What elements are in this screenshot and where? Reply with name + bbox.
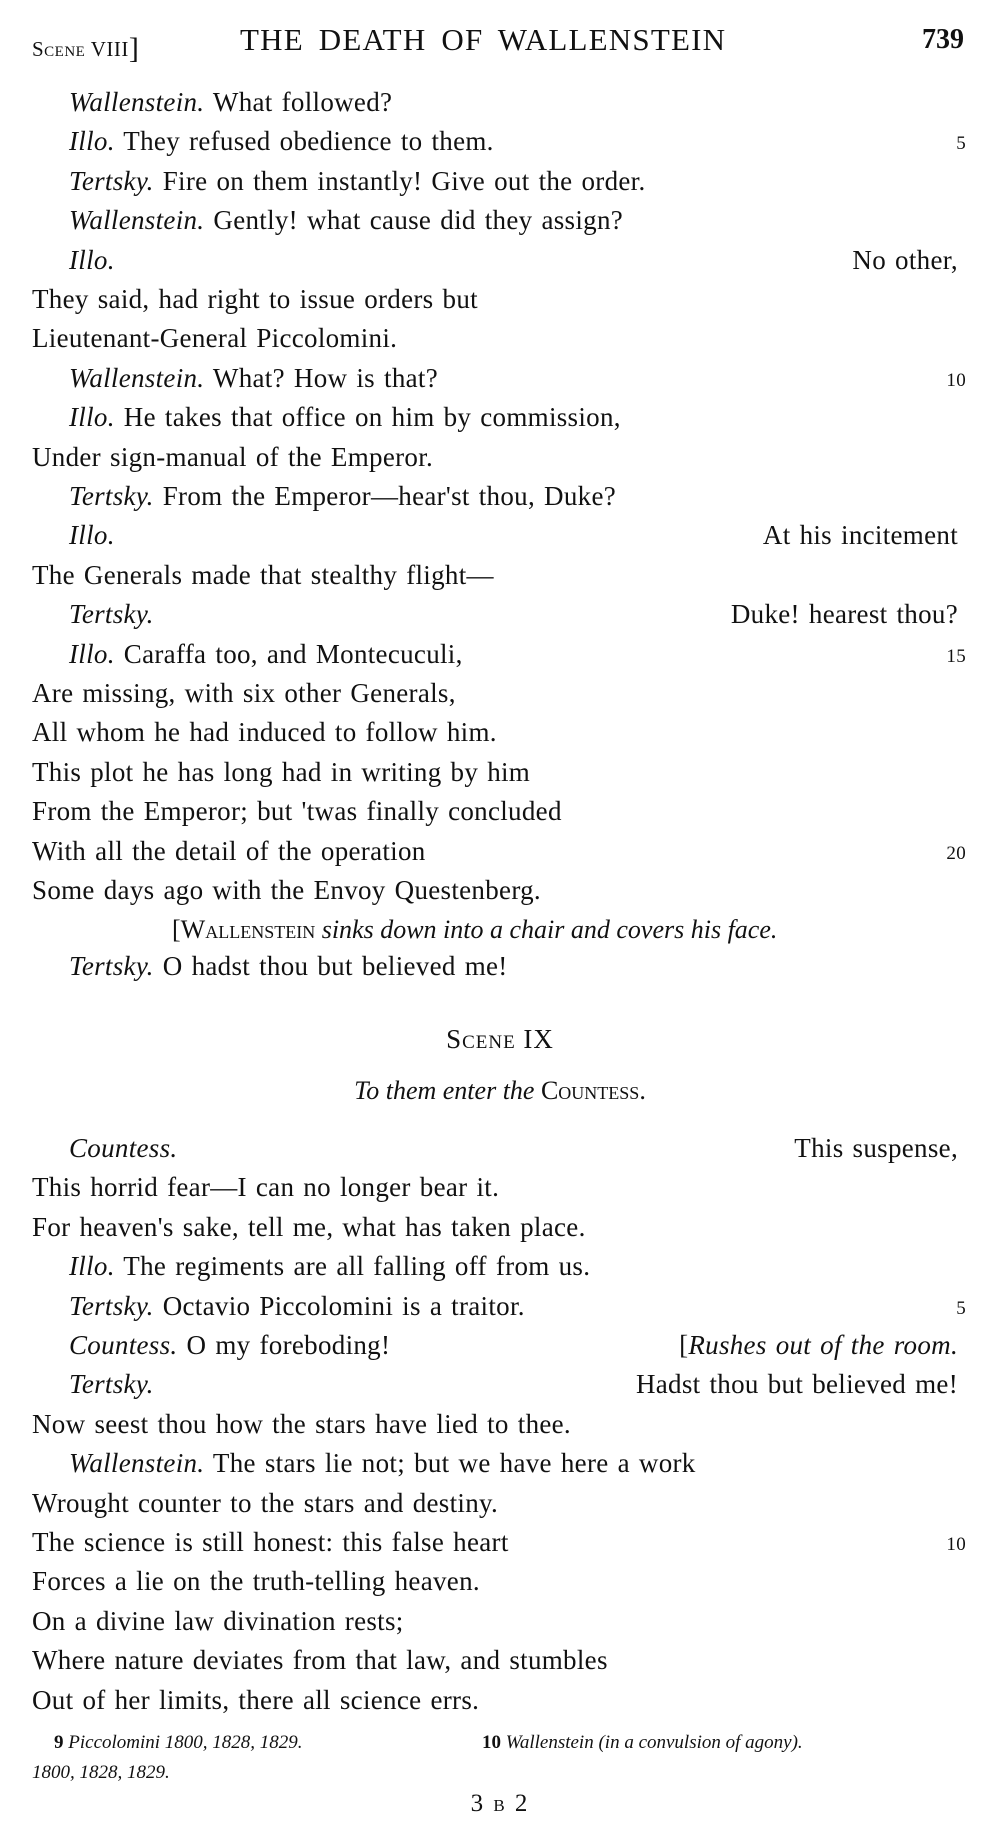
line-text: This horrid fear—I can no longer bear it… — [32, 1172, 499, 1202]
line-number: 5 — [956, 126, 966, 162]
line-text: Wrought counter to the stars and destiny… — [32, 1488, 498, 1518]
speaker-name: Tertsky. — [69, 1291, 154, 1321]
speaker-name: Illo. — [69, 1251, 115, 1281]
footnote-10: 10 Wallenstein (in a convulsion of agony… — [482, 1732, 803, 1754]
line-continuation: This suspense, — [794, 1130, 958, 1166]
line-text: What followed? — [204, 87, 392, 117]
verse-line: This horrid fear—I can no longer bear it… — [32, 1169, 964, 1205]
verse-line: On a divine law divination rests; — [32, 1603, 964, 1639]
verse-line: Countess. O my foreboding![Rushes out of… — [32, 1327, 964, 1363]
verse-line: Lieutenant-General Piccolomini. — [32, 320, 964, 356]
line-text: He takes that office on him by commissio… — [115, 402, 621, 432]
stage-direction: [Wallenstein sinks down into a chair and… — [172, 912, 777, 948]
line-text: Fire on them instantly! Give out the ord… — [154, 166, 646, 196]
line-text: The science is still honest: this false … — [32, 1527, 509, 1557]
line-continuation: No other, — [852, 242, 958, 278]
line-text: From the Emperor; but 'twas finally conc… — [32, 796, 562, 826]
verse-line: Wallenstein. The stars lie not; but we h… — [32, 1445, 964, 1481]
verse-line: Illo.At his incitement — [32, 517, 964, 553]
verse-line: Illo. He takes that office on him by com… — [32, 399, 964, 435]
line-text: Lieutenant-General Piccolomini. — [32, 323, 397, 353]
verse-line: The science is still honest: this false … — [32, 1524, 964, 1560]
scene-heading: Scene IX — [0, 1024, 1000, 1055]
speaker-name: Wallenstein. — [69, 363, 204, 393]
verse-line: Wrought counter to the stars and destiny… — [32, 1485, 964, 1521]
verse-line: Wallenstein. What followed? — [32, 84, 964, 120]
line-number: 15 — [946, 639, 966, 675]
verse-line: Tertsky. Fire on them instantly! Give ou… — [32, 163, 964, 199]
speaker-name: Countess. — [69, 1133, 177, 1163]
speaker-name: Tertsky. — [69, 599, 154, 629]
stage-direction-text: sinks down into a chair and covers his f… — [315, 915, 777, 944]
verse-line: All whom he had induced to follow him. — [32, 714, 964, 750]
verse-line: This plot he has long had in writing by … — [32, 754, 964, 790]
scene-entrance-direction: To them enter the Countess. — [0, 1076, 1000, 1106]
verse-line: For heaven's sake, tell me, what has tak… — [32, 1209, 964, 1245]
verse-line: Tertsky.Hadst thou but believed me! — [32, 1366, 964, 1402]
verse-line: Forces a lie on the truth-telling heaven… — [32, 1563, 964, 1599]
footnote-9: 9 Piccolomini 1800, 1828, 1829. — [54, 1732, 303, 1754]
line-text: The regiments are all falling off from u… — [115, 1251, 591, 1281]
line-text: On a divine law divination rests; — [32, 1606, 404, 1636]
verse-line: They said, had right to issue orders but — [32, 281, 964, 317]
speaker-name: Countess. — [69, 1330, 177, 1360]
verse-line: From the Emperor; but 'twas finally conc… — [32, 793, 964, 829]
line-text: Caraffa too, and Montecuculi, — [115, 639, 463, 669]
stage-direction-name: Wallenstein — [181, 915, 316, 944]
line-text: They said, had right to issue orders but — [32, 284, 478, 314]
speaker-name: Wallenstein. — [69, 1448, 204, 1478]
verse-line: Illo. The regiments are all falling off … — [32, 1248, 964, 1284]
line-continuation: Duke! hearest thou? — [731, 596, 958, 632]
verse-line: Now seest thou how the stars have lied t… — [32, 1406, 964, 1442]
verse-line: Tertsky. Octavio Piccolomini is a traito… — [32, 1288, 964, 1324]
verse-line: Tertsky. From the Emperor—hear'st thou, … — [32, 478, 964, 514]
line-number: 10 — [946, 1527, 966, 1563]
verse-line: Illo. They refused obedience to them.5 — [32, 123, 964, 159]
speaker-name: Tertsky. — [69, 481, 154, 511]
verse-line: Illo. Caraffa too, and Montecuculi,15 — [32, 636, 964, 672]
line-text: Under sign-manual of the Emperor. — [32, 442, 433, 472]
page-number: 739 — [922, 24, 964, 56]
line-text: With all the detail of the operation — [32, 836, 426, 866]
speaker-name: Illo. — [69, 520, 115, 550]
line-text: Out of her limits, there all science err… — [32, 1685, 479, 1715]
line-number: 10 — [946, 363, 966, 399]
line-text: From the Emperor—hear'st thou, Duke? — [154, 481, 616, 511]
line-text: Where nature deviates from that law, and… — [32, 1645, 608, 1675]
running-header: Scene VIII] THE DEATH OF WALLENSTEIN 739 — [32, 22, 964, 62]
line-text: O hadst thou but believed me! — [154, 951, 508, 981]
header-bracket: ] — [129, 32, 140, 65]
verse-line: Countess.This suspense, — [32, 1130, 964, 1166]
line-text: O my foreboding! — [177, 1330, 390, 1360]
line-continuation: At his incitement — [763, 517, 958, 553]
speaker-name: Tertsky. — [69, 166, 154, 196]
inline-stage-direction: [Rushes out of the room. — [679, 1327, 958, 1363]
line-text: What? How is that? — [204, 363, 438, 393]
speaker-name: Tertsky. — [69, 951, 154, 981]
speaker-name: Illo. — [69, 639, 115, 669]
verse-line: Where nature deviates from that law, and… — [32, 1642, 964, 1678]
header-title: THE DEATH OF WALLENSTEIN — [240, 22, 726, 58]
verse-line: Some days ago with the Envoy Questenberg… — [32, 872, 964, 908]
speaker-name: Illo. — [69, 245, 115, 275]
verse-line: With all the detail of the operation20 — [32, 833, 964, 869]
verse-line: Tertsky.Duke! hearest thou? — [32, 596, 964, 632]
verse-line: Out of her limits, there all science err… — [32, 1682, 964, 1718]
verse-line: Tertsky. O hadst thou but believed me! — [32, 948, 964, 984]
verse-line: Illo.No other, — [32, 242, 964, 278]
speaker-name: Wallenstein. — [69, 205, 204, 235]
speaker-name: Tertsky. — [69, 1369, 154, 1399]
line-text: The stars lie not; but we have here a wo… — [204, 1448, 695, 1478]
line-text: Are missing, with six other Generals, — [32, 678, 456, 708]
line-continuation: Hadst thou but believed me! — [636, 1366, 958, 1402]
line-text: The Generals made that stealthy flight— — [32, 560, 494, 590]
line-text: Some days ago with the Envoy Questenberg… — [32, 875, 541, 905]
speaker-name: Illo. — [69, 126, 115, 156]
line-text: For heaven's sake, tell me, what has tak… — [32, 1212, 586, 1242]
line-number: 20 — [946, 836, 966, 872]
verse-line: Wallenstein. Gently! what cause did they… — [32, 202, 964, 238]
verse-line: Wallenstein. What? How is that?10 — [32, 360, 964, 396]
footnote-row: 9 Piccolomini 1800, 1828, 1829. 10 Walle… — [32, 1732, 964, 1760]
header-scene-reference: Scene VIII] — [32, 30, 139, 64]
line-text: Forces a lie on the truth-telling heaven… — [32, 1566, 480, 1596]
printer-signature: 3 B 2 — [0, 1790, 1000, 1818]
footnote-continuation: 1800, 1828, 1829. — [32, 1762, 964, 1790]
speaker-name: Illo. — [69, 402, 115, 432]
verse-line: Are missing, with six other Generals, — [32, 675, 964, 711]
line-text: Gently! what cause did they assign? — [204, 205, 623, 235]
line-text: All whom he had induced to follow him. — [32, 717, 497, 747]
verse-line: Under sign-manual of the Emperor. — [32, 439, 964, 475]
line-text: Octavio Piccolomini is a traitor. — [154, 1291, 525, 1321]
line-text: Now seest thou how the stars have lied t… — [32, 1409, 571, 1439]
line-text: They refused obedience to them. — [115, 126, 494, 156]
verse-line: The Generals made that stealthy flight— — [32, 557, 964, 593]
line-number: 5 — [956, 1291, 966, 1327]
speaker-name: Wallenstein. — [69, 87, 204, 117]
line-text: This plot he has long had in writing by … — [32, 757, 530, 787]
